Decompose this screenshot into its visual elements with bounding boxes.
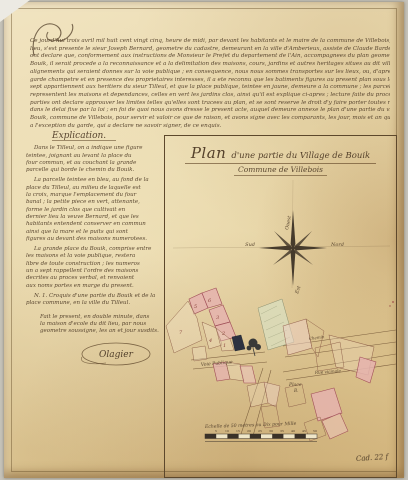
deed-line: Bouik, commune de Villebois, pour servir… [30,115,390,123]
text-line: figures au devant des maisons numerotees… [26,236,163,243]
scale-tick: 50 [313,429,317,433]
deed-line: representent les maisons et dependances,… [30,92,390,100]
explication-paragraph: La grande place du Bouik, comprise entre… [26,246,163,290]
text-line: habitants entendent conserver en commun [26,221,163,228]
compass-south-label: Sud [245,242,255,248]
road-label-rue: Rue vicinale [314,368,342,375]
text-line: forme le jardin clos que cultivait en [26,207,163,214]
scale-tick: 35 [280,429,284,433]
road-label-chemin: Chemin [309,334,326,341]
parcel-number: 3 [216,315,219,321]
text-line: N. 1. Croquis d'une partie du Bouik et d… [26,293,163,300]
text-line: Dans le Tilleul, on a indique une figure [26,145,163,152]
compass-east-label: Est [294,285,302,295]
scale-tick: 45 [302,429,306,433]
scale-tick: 40 [291,429,295,433]
text-line: la croix, marque l'emplacement du four [26,192,163,199]
lower-right-parcels [304,388,348,441]
text-line: geometre soussigne, les an et jour susdi… [40,328,163,335]
explication-heading: Explication. [52,133,116,141]
text-line: La parcelle teintee en bleu, au fond de … [26,177,163,184]
text-line: teintee, joignant au levant la place du [26,153,163,160]
text-line: place du Tilleul, au milieu de laquelle … [26,185,163,192]
numbered-item: N. 1. Croquis d'une partie du Bouik et d… [26,293,163,308]
dark-building [232,335,245,351]
text-line: dernier lieu la veuve Bernard, et que le… [26,214,163,221]
text-line: four commun, et au couchant la grande [26,160,163,167]
scale-tick: 5 [215,429,217,433]
text-line: aux noms portes en marge du present. [26,283,163,290]
compass-rose-icon [259,210,327,286]
map-panel: Plan d'une partie du Village de Bouik Co… [164,135,397,478]
scale-bar: Echelle de 50 metres ou Dix pour Mille 5… [204,421,317,442]
scale-tick: 30 [269,429,273,433]
explication-column: Explication. Dans le Tilleul, on a indiq… [26,133,163,369]
place-sub-label: B. [293,388,298,393]
deed-line: dans le delai fixe par la loi ; en foi d… [30,107,390,115]
deed-line: a l'exception du garde, qui a declare ne… [30,123,390,131]
scale-ticks: 5 10 15 20 25 30 35 40 45 50 [215,429,317,433]
text-line: place commune, en la ville du Tilleul. [26,300,163,307]
explication-paragraph: Dans le Tilleul, on a indique une figure… [26,145,163,174]
text-line: banal ; la petite piece en vert, attenan… [26,199,163,206]
map-title-rest: d'une partie du Village de Bouik [231,151,370,161]
opening-flourish-icon [28,18,92,60]
text-line: decrites au proces verbal, et renvoient [26,275,163,282]
scale-tick: 10 [225,429,229,433]
text-line: Fait le present, en double minute, dans [40,314,163,321]
text-line: un a sept rappellent l'ordre des maisons [26,268,163,275]
map-title: Plan d'une partie du Village de Bouik Co… [165,143,396,174]
parcel-number: 5 [194,304,197,310]
ink-specks [389,301,394,307]
deed-line: garde champetre et en presence des propr… [30,77,390,85]
text-line: La grande place du Bouik, comprise entre [26,246,163,253]
scanned-sheet: Ce jourd'hui trois avril mil huit cent v… [0,0,408,480]
signature: Olagier [76,339,154,369]
text-line: la maison d'ecole du dit lieu, par nous [40,321,163,328]
text-line: les maisons et la voie publique, restera [26,253,163,260]
parcel-number: 2 [221,331,225,337]
signature-flourish-icon: Olagier [76,339,154,369]
text-line: libre de toute construction ; les numero… [26,261,163,268]
deed-line: parties ont declare approuver les limite… [30,100,390,108]
deed-line: alignements qui seraient donnes sur la v… [30,69,390,77]
compass-north-label: Nord [330,242,344,248]
cadastral-map: Ouest Sud Nord Est [165,136,396,477]
text-line: parcelle qui borde le chemin du Bouik. [26,167,163,174]
compass-west-label: Ouest [284,215,293,230]
scale-tick: 20 [247,429,251,433]
deed-line: sept appartiennent aux heritiers du sieu… [30,84,390,92]
map-subtitle: Commune de Villebois [234,165,327,176]
scale-tick: 15 [236,429,240,433]
lower-parcels [213,362,306,428]
closing-paragraph: Fait le present, en double minute, dans … [26,314,163,336]
scale-tick: 25 [258,429,262,433]
explication-paragraph: La parcelle teintee en bleu, au fond de … [26,177,163,243]
parcel-number: 4 [208,338,212,344]
signature-name: Olagier [99,350,134,360]
map-title-word: Plan [191,144,227,162]
paper: Ce jourd'hui trois avril mil huit cent v… [4,2,404,478]
parcel-number: 1 [223,343,226,349]
text-line: ainsi que la mare et le puits qui sont [26,229,163,236]
deed-line: Bouik, il serait procede a la reconnaiss… [30,61,390,69]
